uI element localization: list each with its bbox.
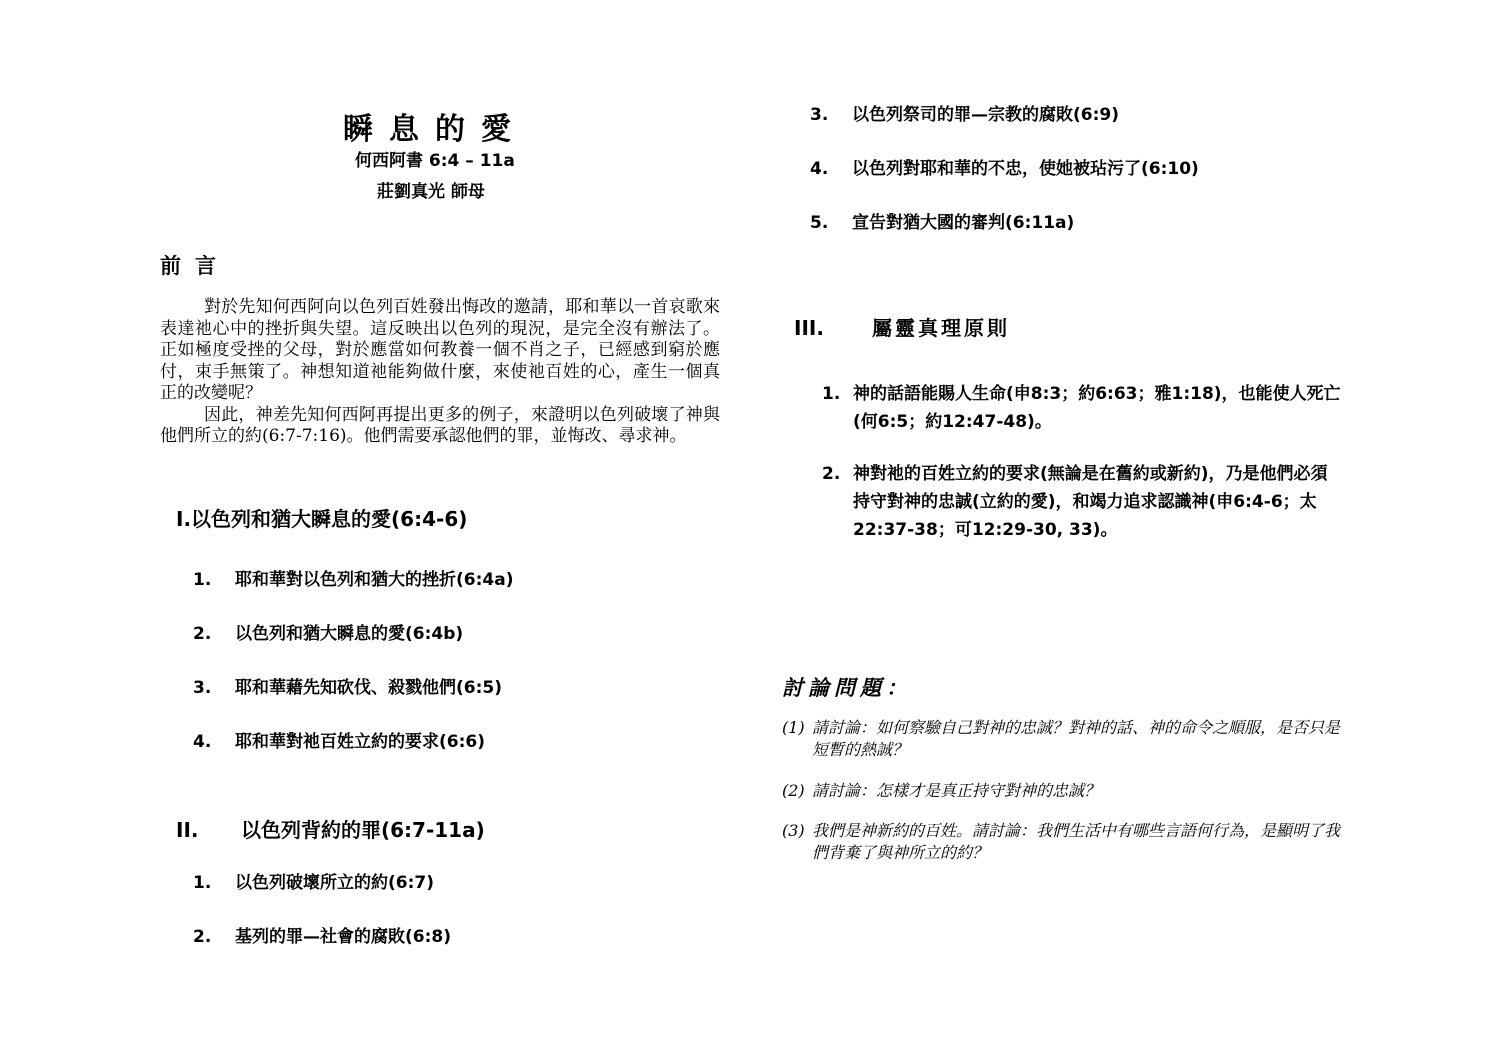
- outline-item: 1.以色列破壞所立的約(6:7): [193, 868, 434, 893]
- outline-item: 3.以色列祭司的罪—宗教的腐敗(6:9): [810, 100, 1119, 125]
- preface-paragraph: 對於先知何西阿向以色列百姓發出悔改的邀請，耶和華以一首哀歌來表達祂心中的挫折與失…: [160, 297, 720, 405]
- preface-body: 對於先知何西阿向以色列百姓發出悔改的邀請，耶和華以一首哀歌來表達祂心中的挫折與失…: [160, 297, 720, 448]
- item-text: 以色列破壞所立的約(6:7): [235, 873, 434, 893]
- discussion-question: (1) 請討論：如何察驗自己對神的忠誠？對神的話、神的命令之順服，是否只是短暫的…: [782, 717, 1342, 761]
- item-number: 1.: [193, 873, 235, 893]
- outline-item: 5.宣告對猶大國的審判(6:11a): [810, 208, 1074, 233]
- item-text: 基列的罪—社會的腐敗(6:8): [235, 927, 451, 947]
- outline-item: 4.以色列對耶和華的不忠，使她被玷污了(6:10): [810, 154, 1199, 179]
- item-number: 2.: [822, 460, 840, 488]
- item-number: 1.: [193, 570, 235, 590]
- section-heading-1: I.以色列和猶大瞬息的愛(6:4-6): [176, 503, 467, 532]
- outline-item: 4.耶和華對祂百姓立約的要求(6:6): [193, 727, 485, 752]
- scripture-reference: 何西阿書 6:4 – 11a: [355, 146, 515, 171]
- question-text: 請討論：如何察驗自己對神的忠誠？對神的話、神的命令之順服，是否只是短暫的熱誠？: [812, 717, 1342, 761]
- item-number: 3.: [810, 105, 852, 125]
- section-numeral: III.: [794, 316, 872, 340]
- preface-heading: 前言: [160, 250, 230, 280]
- section-heading-3: III.屬靈真理原則: [794, 312, 1010, 341]
- question-text: 我們是神新約的百姓。請討論：我們生活中有哪些言語何行為，是顯明了我們背棄了與神所…: [812, 820, 1342, 864]
- section-numeral: II.: [176, 818, 241, 842]
- principle-item: 1. 神的話語能賜人生命(申8:3；約6:63；雅1:18)，也能使人死亡(何6…: [822, 380, 1342, 436]
- item-number: 4.: [193, 732, 235, 752]
- question-text: 請討論：怎樣才是真正持守對神的忠誠？: [812, 780, 1342, 802]
- item-text: 以色列祭司的罪—宗教的腐敗(6:9): [852, 105, 1119, 125]
- outline-item: 2.基列的罪—社會的腐敗(6:8): [193, 922, 451, 947]
- item-text: 神的話語能賜人生命(申8:3；約6:63；雅1:18)，也能使人死亡(何6:5；…: [853, 380, 1342, 436]
- item-text: 宣告對猶大國的審判(6:11a): [852, 213, 1074, 233]
- section-title: 屬靈真理原則: [872, 316, 1010, 340]
- section-title: 以色列背約的罪(6:7-11a): [241, 818, 485, 842]
- item-number: 3.: [193, 678, 235, 698]
- item-text: 以色列對耶和華的不忠，使她被玷污了(6:10): [852, 159, 1199, 179]
- question-number: (3): [782, 820, 805, 842]
- item-number: 2.: [193, 624, 235, 644]
- item-number: 5.: [810, 213, 852, 233]
- item-text: 耶和華對祂百姓立約的要求(6:6): [235, 732, 485, 752]
- outline-item: 2.以色列和猶大瞬息的愛(6:4b): [193, 619, 463, 644]
- item-number: 2.: [193, 927, 235, 947]
- discussion-question: (3) 我們是神新約的百姓。請討論：我們生活中有哪些言語何行為，是顯明了我們背棄…: [782, 820, 1342, 864]
- item-number: 1.: [822, 380, 840, 408]
- question-number: (2): [782, 780, 805, 802]
- item-text: 神對祂的百姓立約的要求(無論是在舊約或新約)，乃是他們必須持守對神的忠誠(立約的…: [853, 460, 1342, 544]
- item-number: 4.: [810, 159, 852, 179]
- author-name: 莊劉真光 師母: [377, 177, 485, 202]
- outline-item: 1.耶和華對以色列和猶大的挫折(6:4a): [193, 565, 513, 590]
- section-numeral: I.: [176, 507, 191, 531]
- section-title: 以色列和猶大瞬息的愛(6:4-6): [191, 507, 467, 531]
- section-heading-2: II.以色列背約的罪(6:7-11a): [176, 814, 485, 843]
- item-text: 耶和華對以色列和猶大的挫折(6:4a): [235, 570, 513, 590]
- item-text: 以色列和猶大瞬息的愛(6:4b): [235, 624, 463, 644]
- discussion-heading: 討論問題：: [782, 672, 912, 702]
- discussion-question: (2) 請討論：怎樣才是真正持守對神的忠誠？: [782, 780, 1342, 802]
- preface-paragraph: 因此，神差先知何西阿再提出更多的例子，來證明以色列破壞了神與他們所立的約(6:7…: [160, 405, 720, 448]
- principle-item: 2. 神對祂的百姓立約的要求(無論是在舊約或新約)，乃是他們必須持守對神的忠誠(…: [822, 460, 1342, 544]
- item-text: 耶和華藉先知砍伐、殺戮他們(6:5): [235, 678, 502, 698]
- outline-item: 3.耶和華藉先知砍伐、殺戮他們(6:5): [193, 673, 502, 698]
- document-title: 瞬息的愛: [343, 104, 527, 148]
- question-number: (1): [782, 717, 805, 739]
